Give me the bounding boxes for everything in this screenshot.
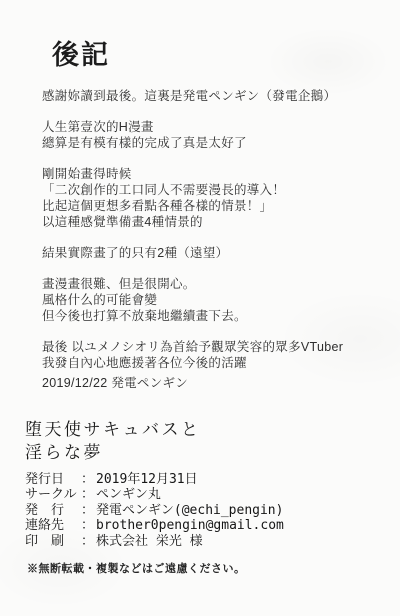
colophon-value: ペンギン丸	[96, 487, 161, 502]
afterword-line: 「二次創作的工口同人不需要漫長的導入！	[42, 182, 377, 198]
colophon-value: brother0pengin@gmail.com	[96, 518, 284, 533]
afterword-line: 但今後也打算不放棄地繼續畫下去。	[42, 308, 377, 324]
colophon-row-contact: 連絡先：brother0pengin@gmail.com	[25, 518, 284, 533]
colophon: 発行日：2019年12月31日 サークル：ペンギン丸 発 行：発電ペンギン(@e…	[25, 472, 284, 549]
afterword-heading: 後記	[52, 40, 377, 70]
afterword-line: 總算是有模有樣的完成了真是太好了	[42, 135, 377, 151]
colophon-row-circle: サークル：ペンギン丸	[25, 487, 284, 502]
afterword-page: 後記 感謝妳讀到最後。這裏是発電ペンギン（發電企鵝） 人生第壹次的H漫畫 總算是…	[0, 0, 400, 616]
colophon-colon: ：	[81, 534, 94, 549]
paragraph-thanks: 感謝妳讀到最後。這裏是発電ペンギン（發電企鵝）	[42, 88, 377, 104]
colophon-colon: ：	[81, 503, 94, 518]
colophon-label: 発行日	[25, 472, 81, 487]
afterword-line: 最後 以ユメノシオリ為首給予觀眾笑容的眾多VTuber	[42, 339, 377, 355]
afterword-line: 以這種感覺準備畫4種情景的	[42, 214, 377, 230]
afterword-line: 剛開始畫得時候	[42, 166, 377, 182]
book-title-line-2: 淫らな夢	[25, 442, 201, 465]
afterword-line: 畫漫畫很難、但是很開心。	[42, 276, 377, 292]
colophon-row-printer: 印 刷：株式会社 栄光 様	[25, 534, 284, 549]
colophon-value: 発電ペンギン(@echi_pengin)	[96, 503, 283, 518]
paragraph-signature-date: 2019/12/22 発電ペンギン	[42, 375, 377, 391]
colophon-row-publish-date: 発行日：2019年12月31日	[25, 472, 284, 487]
colophon-value: 2019年12月31日	[96, 472, 198, 487]
paragraph-first-manga: 人生第壹次的H漫畫 總算是有模有樣的完成了真是太好了	[42, 119, 377, 151]
colophon-row-publisher: 発 行：発電ペンギン(@echi_pengin)	[25, 503, 284, 518]
book-title: 堕天使サキュバスと 淫らな夢	[25, 419, 201, 465]
paragraph-feelings: 畫漫畫很難、但是很開心。 風格什么的可能會變 但今後也打算不放棄地繼續畫下去。	[42, 276, 377, 324]
no-reproduction-note: ※無断転載・複製などはご遠慮ください。	[27, 560, 246, 576]
afterword-line: 風格什么的可能會變	[42, 292, 377, 308]
colophon-label: サークル	[25, 487, 81, 502]
afterword-section: 後記 感謝妳讀到最後。這裏是発電ペンギン（發電企鵝） 人生第壹次的H漫畫 總算是…	[42, 40, 377, 406]
afterword-line: 比起這個更想多看點各種各樣的情景！」	[42, 198, 377, 214]
colophon-label: 発 行	[25, 503, 81, 518]
colophon-value: 株式会社 栄光 様	[96, 534, 203, 549]
afterword-line: 2019/12/22 発電ペンギン	[42, 375, 377, 391]
colophon-colon: ：	[81, 487, 94, 502]
afterword-line: 感謝妳讀到最後。這裏是発電ペンギン（發電企鵝）	[42, 88, 377, 104]
afterword-line: 人生第壹次的H漫畫	[42, 119, 377, 135]
colophon-colon: ：	[81, 518, 94, 533]
book-title-line-1: 堕天使サキュバスと	[25, 419, 201, 442]
afterword-line: 結果實際畫了的只有2種（遠望）	[42, 245, 377, 261]
paragraph-planning: 剛開始畫得時候 「二次創作的工口同人不需要漫長的導入！ 比起這個更想多看點各種各…	[42, 166, 377, 230]
colophon-colon: ：	[81, 472, 94, 487]
paragraph-vtuber-support: 最後 以ユメノシオリ為首給予觀眾笑容的眾多VTuber 我發自內心地應援著各位今…	[42, 339, 377, 371]
colophon-label: 連絡先	[25, 518, 81, 533]
colophon-label: 印 刷	[25, 534, 81, 549]
afterword-line: 我發自內心地應援著各位今後的活躍	[42, 355, 377, 371]
paragraph-result: 結果實際畫了的只有2種（遠望）	[42, 245, 377, 261]
